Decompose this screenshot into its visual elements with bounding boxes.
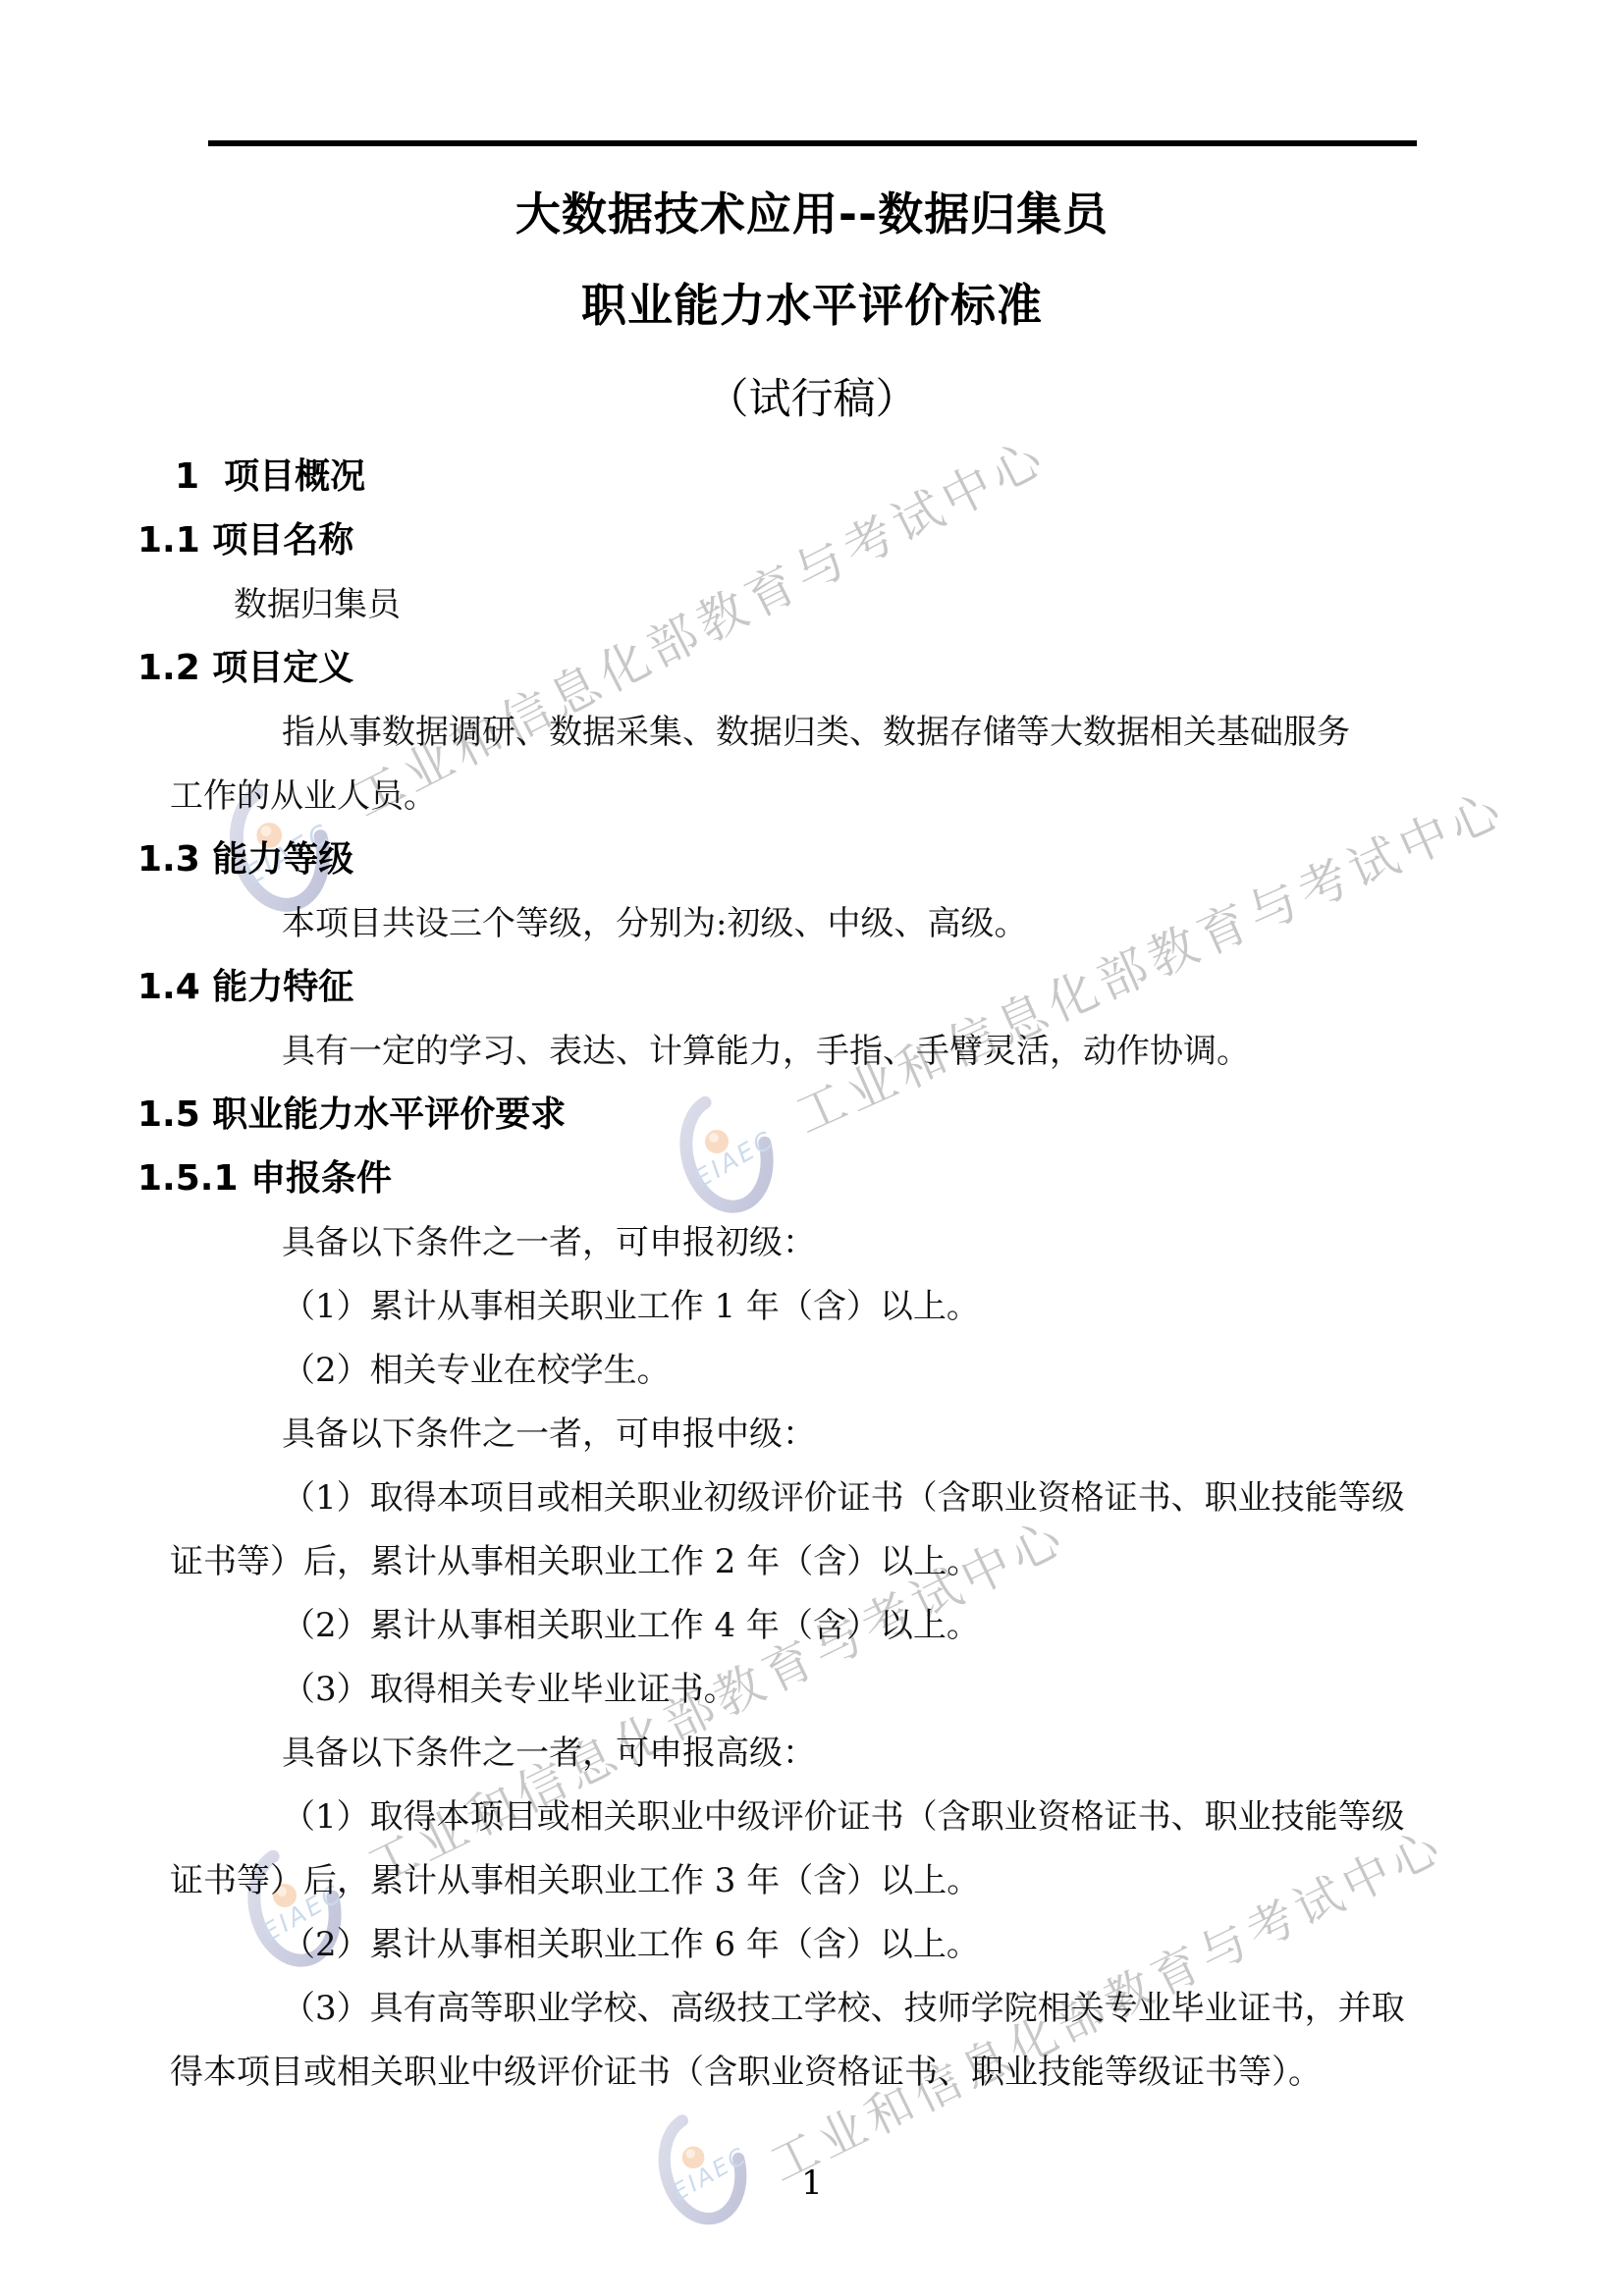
doc-line-cont: 证书等）后，累计从事相关职业工作 3 年（含）以上。 — [0, 1858, 1624, 1922]
header-rule — [208, 140, 1417, 146]
document-subtitle: （试行稿） — [0, 373, 1624, 426]
document-title-line1: 大数据技术应用--数据归集员 — [0, 187, 1624, 241]
doc-line-para: （1）取得本项目或相关职业中级评价证书（含职业资格证书、职业技能等级 — [0, 1794, 1624, 1858]
doc-line-para: （1）取得本项目或相关职业初级评价证书（含职业资格证书、职业技能等级 — [0, 1475, 1624, 1539]
doc-line-cont: 证书等）后，累计从事相关职业工作 2 年（含）以上。 — [0, 1539, 1624, 1603]
doc-line-para: 指从事数据调研、数据采集、数据归类、数据存储等大数据相关基础服务 — [0, 710, 1624, 774]
doc-line-heading: 1.3 能力等级 — [0, 837, 1624, 901]
doc-line-heading: 1.1 项目名称 — [0, 518, 1624, 582]
page-number: 1 — [0, 2165, 1624, 2201]
doc-line-section: 1 项目概况 — [0, 454, 1624, 518]
doc-line-para: （2）累计从事相关职业工作 4 年（含）以上。 — [0, 1603, 1624, 1667]
doc-line-para: （3）取得相关专业毕业证书。 — [0, 1667, 1624, 1731]
doc-line-para: 具备以下条件之一者，可申报高级： — [0, 1731, 1624, 1794]
doc-line-name: 数据归集员 — [0, 582, 1624, 646]
doc-line-heading: 1.4 能力特征 — [0, 965, 1624, 1029]
document-lines: 1 项目概况1.1 项目名称数据归集员1.2 项目定义指从事数据调研、数据采集、… — [0, 454, 1624, 2113]
document-title-line2: 职业能力水平评价标准 — [0, 278, 1624, 333]
doc-line-cont: 工作的从业人员。 — [0, 774, 1624, 837]
doc-line-cont: 得本项目或相关职业中级评价证书（含职业资格证书、职业技能等级证书等）。 — [0, 2050, 1624, 2113]
doc-line-para: 具备以下条件之一者，可申报中级： — [0, 1412, 1624, 1475]
doc-line-para: （1）累计从事相关职业工作 1 年（含）以上。 — [0, 1284, 1624, 1348]
document-page: 大数据技术应用--数据归集员 职业能力水平评价标准 （试行稿） EIAEC 工业… — [0, 0, 1624, 2296]
doc-line-para: （2）累计从事相关职业工作 6 年（含）以上。 — [0, 1922, 1624, 1986]
doc-line-para: （3）具有高等职业学校、高级技工学校、技师学院相关专业毕业证书，并取 — [0, 1986, 1624, 2050]
doc-line-heading: 1.5.1 申报条件 — [0, 1156, 1624, 1220]
doc-line-para: （2）相关专业在校学生。 — [0, 1348, 1624, 1412]
doc-line-para: 具有一定的学习、表达、计算能力，手指、手臂灵活，动作协调。 — [0, 1029, 1624, 1093]
doc-line-para: 本项目共设三个等级，分别为:初级、中级、高级。 — [0, 901, 1624, 965]
doc-line-para: 具备以下条件之一者，可申报初级： — [0, 1220, 1624, 1284]
doc-line-heading: 1.5 职业能力水平评价要求 — [0, 1093, 1624, 1156]
doc-line-heading: 1.2 项目定义 — [0, 646, 1624, 710]
